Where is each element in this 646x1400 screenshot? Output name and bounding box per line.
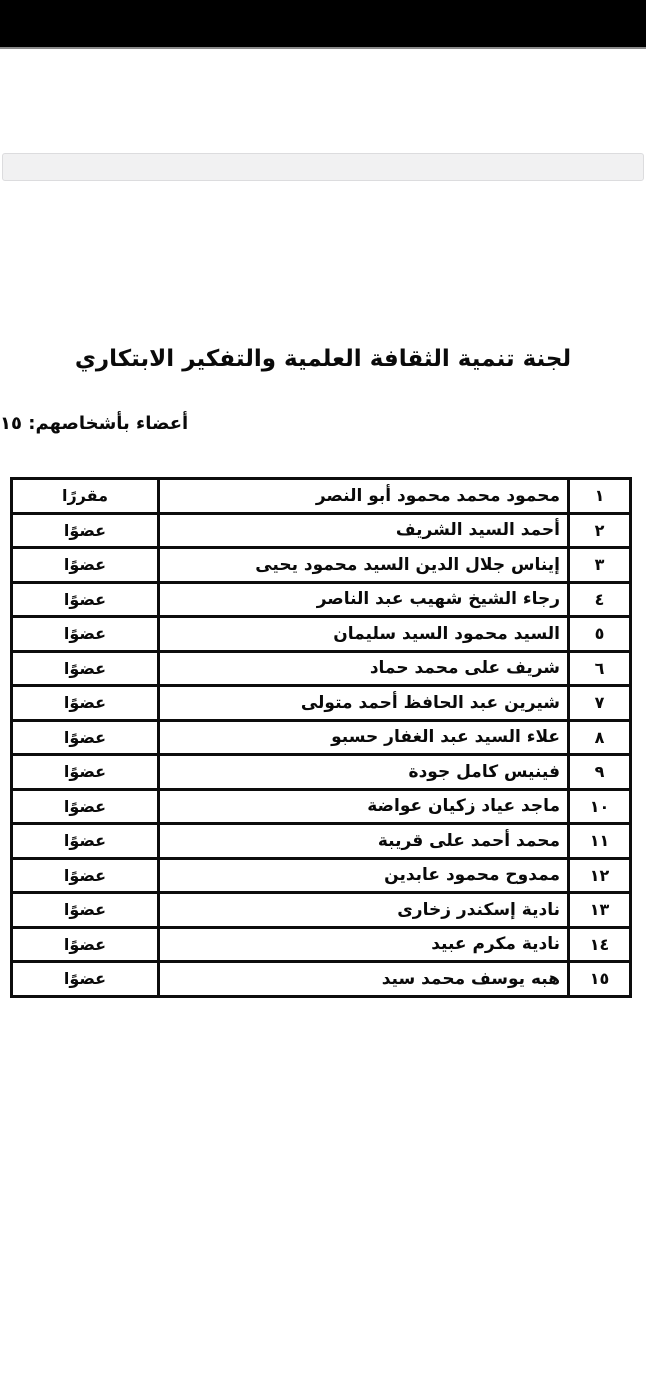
table-row: ١٥هبه يوسف محمد سيدعضوًا (12, 962, 631, 997)
row-number-cell: ٦ (569, 651, 631, 686)
table-row: ١٤نادية مكرم عبيدعضوًا (12, 927, 631, 962)
members-table: ١محمود محمد محمود أبو النصرمقررًا٢أحمد ا… (10, 477, 632, 998)
toolbar-strip (2, 153, 644, 181)
member-role-cell: عضوًا (12, 893, 159, 928)
table-row: ٩فينيس كامل جودةعضوًا (12, 755, 631, 790)
page-title: لجنة تنمية الثقافة العلمية والتفكير الاب… (0, 346, 646, 372)
row-number-cell: ١ (569, 479, 631, 514)
table-row: ٣إيناس جلال الدين السيد محمود يحيىعضوًا (12, 548, 631, 583)
row-number-cell: ١٥ (569, 962, 631, 997)
member-name-cell: السيد محمود السيد سليمان (159, 617, 569, 652)
member-role-cell: عضوًا (12, 962, 159, 997)
member-role-cell: عضوًا (12, 582, 159, 617)
table-row: ٤رجاء الشيخ شهيب عبد الناصرعضوًا (12, 582, 631, 617)
members-table-body: ١محمود محمد محمود أبو النصرمقررًا٢أحمد ا… (12, 479, 631, 997)
member-name-cell: فينيس كامل جودة (159, 755, 569, 790)
row-number-cell: ١٢ (569, 858, 631, 893)
member-name-cell: ممدوح محمود عابدين (159, 858, 569, 893)
member-role-cell: عضوًا (12, 651, 159, 686)
top-black-bar (0, 0, 646, 49)
members-count-label: أعضاء بأشخاصهم: ١٥ (0, 413, 627, 434)
table-row: ١٣نادية إسكندر زخارىعضوًا (12, 893, 631, 928)
member-role-cell: عضوًا (12, 617, 159, 652)
member-name-cell: محمد أحمد على قريبة (159, 824, 569, 859)
member-name-cell: هبه يوسف محمد سيد (159, 962, 569, 997)
table-row: ٨علاء السيد عبد الغفار حسبوعضوًا (12, 720, 631, 755)
row-number-cell: ٨ (569, 720, 631, 755)
table-row: ٢أحمد السيد الشريفعضوًا (12, 513, 631, 548)
member-name-cell: أحمد السيد الشريف (159, 513, 569, 548)
table-row: ١٢ممدوح محمود عابدينعضوًا (12, 858, 631, 893)
row-number-cell: ١٠ (569, 789, 631, 824)
member-role-cell: عضوًا (12, 755, 159, 790)
row-number-cell: ٧ (569, 686, 631, 721)
member-role-cell: عضوًا (12, 858, 159, 893)
row-number-cell: ٩ (569, 755, 631, 790)
member-name-cell: نادية إسكندر زخارى (159, 893, 569, 928)
member-name-cell: شريف على محمد حماد (159, 651, 569, 686)
table-row: ٦شريف على محمد حمادعضوًا (12, 651, 631, 686)
row-number-cell: ٢ (569, 513, 631, 548)
member-role-cell: عضوًا (12, 789, 159, 824)
table-row: ١٠ماجد عياد زكيان عواضةعضوًا (12, 789, 631, 824)
table-row: ١١محمد أحمد على قريبةعضوًا (12, 824, 631, 859)
member-name-cell: رجاء الشيخ شهيب عبد الناصر (159, 582, 569, 617)
row-number-cell: ١٤ (569, 927, 631, 962)
member-name-cell: علاء السيد عبد الغفار حسبو (159, 720, 569, 755)
member-role-cell: عضوًا (12, 927, 159, 962)
table-row: ٧شيرين عبد الحافظ أحمد متولىعضوًا (12, 686, 631, 721)
member-name-cell: شيرين عبد الحافظ أحمد متولى (159, 686, 569, 721)
member-role-cell: مقررًا (12, 479, 159, 514)
member-role-cell: عضوًا (12, 720, 159, 755)
table-row: ١محمود محمد محمود أبو النصرمقررًا (12, 479, 631, 514)
member-name-cell: نادية مكرم عبيد (159, 927, 569, 962)
row-number-cell: ١٣ (569, 893, 631, 928)
row-number-cell: ٥ (569, 617, 631, 652)
member-name-cell: محمود محمد محمود أبو النصر (159, 479, 569, 514)
member-role-cell: عضوًا (12, 513, 159, 548)
member-role-cell: عضوًا (12, 686, 159, 721)
table-row: ٥السيد محمود السيد سليمانعضوًا (12, 617, 631, 652)
row-number-cell: ٣ (569, 548, 631, 583)
member-name-cell: إيناس جلال الدين السيد محمود يحيى (159, 548, 569, 583)
members-count-text: أعضاء بأشخاصهم: ١٥ (0, 413, 188, 434)
row-number-cell: ١١ (569, 824, 631, 859)
member-role-cell: عضوًا (12, 824, 159, 859)
member-role-cell: عضوًا (12, 548, 159, 583)
member-name-cell: ماجد عياد زكيان عواضة (159, 789, 569, 824)
row-number-cell: ٤ (569, 582, 631, 617)
